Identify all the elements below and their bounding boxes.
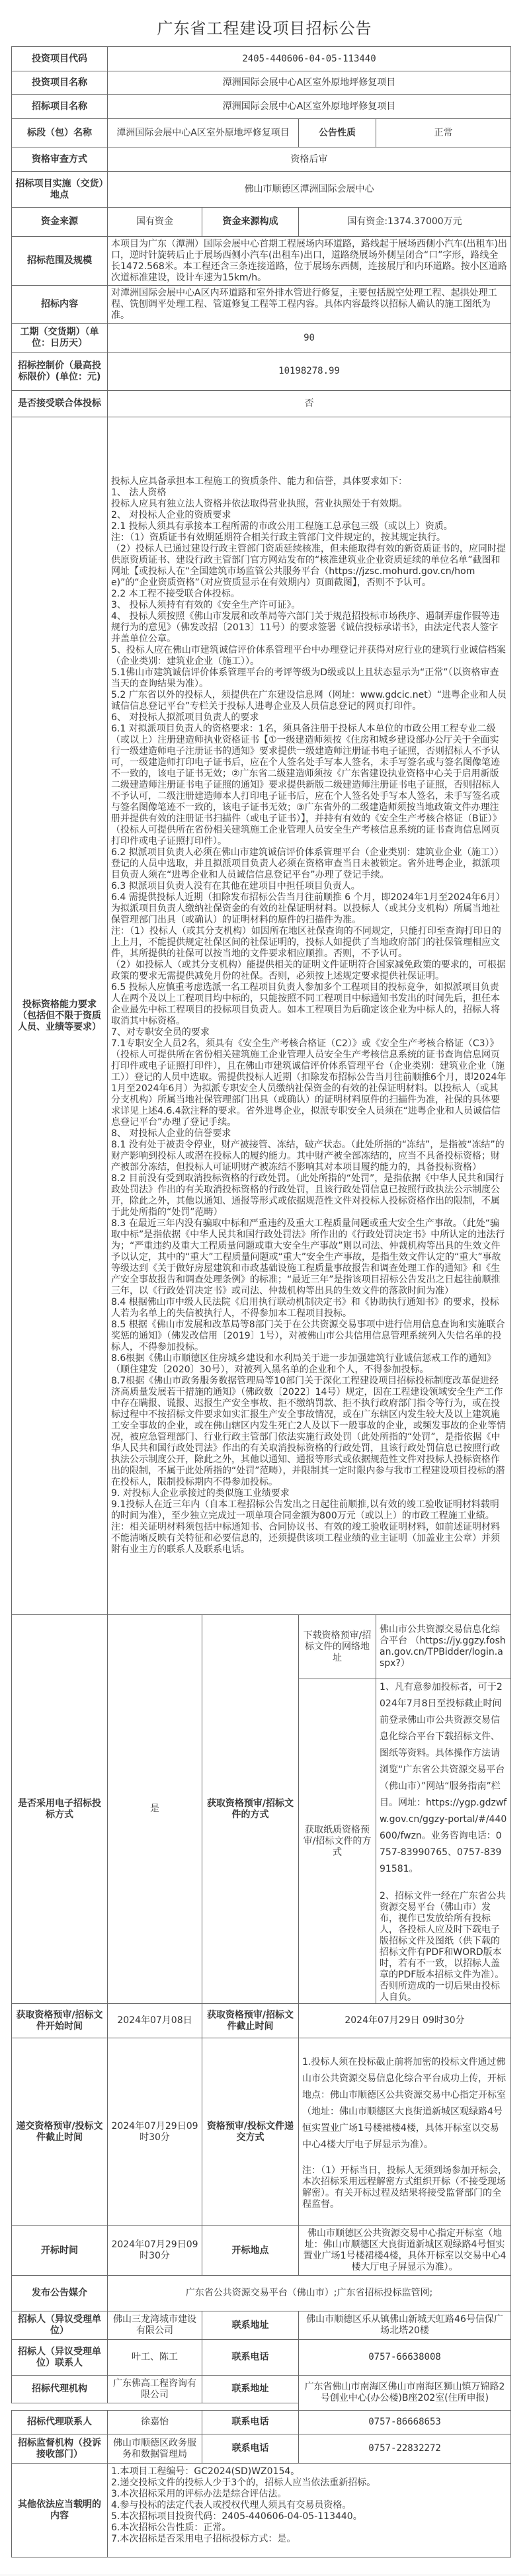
submission-method-p2: 注：（1）开标当日，投标人无须到场参加开标会，本次招标采用远程解密方式组织开标（…	[302, 2165, 507, 2210]
requirements-paragraph: 2、 对投标人企业的资质要求	[111, 510, 507, 521]
row-supervisor: 招标监督机构（投诉接收部门） 佛山市顺德区政务服务和数据管理局 联系电话 075…	[12, 2434, 511, 2464]
requirements-paragraph: 9. 对投标人企业承接过的类似施工业绩要求	[111, 1488, 507, 1499]
requirements-paragraph: 5.1佛山市建筑诚信评价体系管理平台的考评等级为D级或以上且状态显示为“正常”（…	[111, 667, 507, 690]
supervisor-phone-value: 0757-22832272	[299, 2434, 511, 2464]
paper-method-p2: 2、招标文件一经在广东省公共资源交易平台（佛山市）发布，视作已发放给所有投标人，…	[380, 1891, 507, 2003]
row-tenderer-contact: 招标人（异议受理单位）联系人 叶工、陈工 联系电话 0757-66638008	[12, 2340, 511, 2376]
location-label: 招标项目实施（交货）地点	[12, 172, 108, 208]
media-label: 发布公告媒介	[12, 2276, 108, 2311]
row-electronic-download: 是否采用电子招标投标方式 是 获取资格预审/招标文件的方式 下载资格预审/招标文…	[12, 1615, 511, 1679]
requirements-paragraph: 9.1投标人在近三年内（自本工程招标公告发出之日起往前顺推,以有效的竣工验收证明…	[111, 1499, 507, 1522]
requirements-paragraph: （2）如投标人（或其分支机构）能提供相关的证明文件证明符合国家减免政策的要求的，…	[111, 960, 507, 982]
requirements-paragraph: 5.2 广东省以外的投标人，须提供在广东建设信息网（网址：www.gdcic.n…	[111, 690, 507, 712]
scope-value: 本项目为广东（潭洲）国际会展中心首期工程展场内环道路，路线起于展场西侧小汽车(出…	[108, 237, 511, 286]
tenderer-address-value: 佛山市顺德区乐从镇佛山新城天虹路46号信保广场北塔20楼	[299, 2311, 511, 2340]
row-funding: 资金来源 国有资金 资金来源构成 国有资金:1374.37000万元	[12, 208, 511, 237]
opening-time-label: 开标时间	[12, 2226, 108, 2276]
requirements-paragraph: 8.5 根据《佛山市发展和改革局等8部门关于在公共资源交易事项中进行信用信息查询…	[111, 1319, 507, 1353]
agency-phone-label: 联系电话	[202, 2411, 299, 2434]
other-item: 2.递交投标文件的投标人少于3个的，招标人应当依法重新招标。	[111, 2477, 507, 2489]
row-obtain-time: 获取资格预审/招标文件开始时间 2024年07月08日 获取资格预审/招标文件截…	[12, 2004, 511, 2038]
submission-method-p1: 1.投标人须在投标截止前将加密的投标文件通过佛山市公共资源交易信息化综合平台成功…	[302, 2054, 507, 2153]
requirements-paragraph: 4、 投标人须按照《佛山市发展和改革局等六部门关于规范招投标市场秩序、遏制弄虚作…	[111, 611, 507, 645]
submission-deadline-label: 递交资格预审/投标文件截止时间	[12, 2038, 108, 2226]
tenderer-phone-label: 联系电话	[202, 2340, 299, 2376]
requirements-paragraph: 注：相关证明材料须包括中标通知书、合同协议书、有效的竣工验收证明材料，如前述证明…	[111, 1522, 507, 1556]
electronic-value: 是	[108, 1615, 202, 2004]
row-consortium: 是否接受联合体投标 否	[12, 391, 511, 417]
row-project-code: 投资项目代码 2405-440606-04-05-113440	[12, 47, 511, 71]
tender-project-name-value: 潭洲国际会展中心A区室外原地坪修复项目	[108, 95, 511, 119]
section-name-value: 潭洲国际会展中心A区室外原地坪修复项目	[108, 119, 299, 147]
row-location: 招标项目实施（交货）地点 佛山市顺德区潭洲国际会展中心	[12, 172, 511, 208]
consortium-value: 否	[108, 391, 511, 417]
max-price-value: 10198278.99	[108, 353, 511, 391]
row-agency: 招标代理机构 广东佛高工程咨询有限公司 联系地址 广东省佛山市南海区佛山市南海区…	[12, 2376, 511, 2403]
requirements-paragraph: （2）投标人已通过建设行政主管部门资质延续核准，但未能取得有效的新资质证书的，应…	[111, 544, 507, 589]
requirements-paragraph: 6.4 需提供投标人近期（扣除发布招标公告当月往前顺推 6 个月，即2024年1…	[111, 892, 507, 926]
footer-divider	[0, 2575, 529, 2575]
requirements-label: 投标资格能力要求（包括但不限于资质人员、业绩等要求）	[12, 417, 108, 1615]
tenderer-contact-label: 招标人（异议受理单位）联系人	[12, 2340, 108, 2376]
row-section-name: 标段（包）名称 潭洲国际会展中心A区室外原地坪修复项目 公告性质 正常	[12, 119, 511, 147]
requirements-paragraph: 6.3 拟派项目负责人没有在其他在建项目中担任项目负责人。	[111, 881, 507, 892]
duration-label: 工期（交货期）（单位：日历天）	[12, 324, 108, 353]
requirements-paragraph: 8.7根据《佛山市政务服务数据管理局等10部门关于深化工程建设项目招标投标制度改…	[111, 1376, 507, 1488]
other-value: 1.本项目工程编号：GC2024(SD)WZ0154。 2.递交投标文件的投标人…	[108, 2464, 511, 2557]
agency-label: 招标代理机构	[12, 2376, 108, 2403]
requirements-value: 投标人应具备承担本工程施工的资质条件、能力和信誉，具体要求如下： 1、 法人资格…	[108, 417, 511, 1615]
supervisor-label: 招标监督机构（投诉接收部门）	[12, 2434, 108, 2464]
content-label: 招标内容	[12, 286, 108, 324]
funding-composition-label: 资金来源构成	[202, 208, 299, 237]
project-name-label: 投资项目名称	[12, 71, 108, 95]
tenderer-contact-value: 叶工、陈工	[108, 2340, 202, 2376]
agency-phone-value: 0757-86668653	[299, 2411, 511, 2434]
obtain-method-label: 获取资格预审/招标文件的方式	[202, 1615, 299, 2004]
download-address-label: 下载资格预审/招标文件的网络地址	[299, 1615, 376, 1679]
tender-notice-table: 投资项目代码 2405-440606-04-05-113440 投资项目名称 潭…	[11, 46, 511, 2557]
requirements-paragraph: 注：（1）投标人（或其分支机构）如因所在地区社保查询的不同规定，只能打印至查询打…	[111, 926, 507, 960]
obtain-end-value: 2024年07月29日 09时30分	[299, 2004, 511, 2038]
paper-method-p1: 1、凡有意参加投标者，可于2024年7月8日至投标截止时间前登录佛山市公共资源交…	[380, 1679, 507, 1878]
row-agency-contact: 招标代理联系人 徐嘉怡 联系电话 0757-86668653	[12, 2411, 511, 2434]
row-requirements: 投标资格能力要求（包括但不限于资质人员、业绩等要求） 投标人应具备承担本工程施工…	[12, 417, 511, 1615]
supervisor-value: 佛山市顺德区政务服务和数据管理局	[108, 2434, 202, 2464]
requirements-paragraph: 8.2 目前没有受到取消投标资格的行政处罚。（此处所指的“处罚”，是指依据《中华…	[111, 1173, 507, 1218]
other-item: 6.本次招标公告性质：正常。	[111, 2522, 507, 2534]
location-value: 佛山市顺德区潭洲国际会展中心	[108, 172, 511, 208]
other-item: 3.本次招标采用的评标办法是综合评估法。	[111, 2489, 507, 2500]
supervisor-phone-label: 联系电话	[202, 2434, 299, 2464]
tenderer-value: 佛山三龙湾城市建设有限公司	[108, 2311, 202, 2340]
row-tenderer: 招标人（异议受理单位） 佛山三龙湾城市建设有限公司 联系地址 佛山市顺德区乐从镇…	[12, 2311, 511, 2340]
notice-nature-label: 公告性质	[299, 119, 376, 147]
project-code-value: 2405-440606-04-05-113440	[108, 47, 511, 71]
opening-time-value: 2024年07月29日09时30分	[108, 2226, 202, 2276]
requirements-paragraph: 注：（1）资质证书有效期延期符合相关行政主管部门文件规定的，按其规定执行。	[111, 532, 507, 544]
agency-address-value: 广东省佛山市南海区佛山市南海区狮山镇万锦路2号创业中心(办公楼)B座202室(住…	[299, 2376, 511, 2411]
opening-place-value: 佛山市顺德区公共资源交易中心指定开标室（地址：佛山市顺德区大良街道新城区观绿路4…	[299, 2226, 511, 2276]
requirements-paragraph: 投标人应具备承担本工程施工的资质条件、能力和信誉，具体要求如下：	[111, 476, 507, 487]
other-label: 其他依法应当载明的内容	[12, 2464, 108, 2557]
requirements-paragraph: 7.1专职安全人员2名，须具有《安全生产考核合格证（C2）》或《安全生产考核合格…	[111, 1038, 507, 1128]
requirements-paragraph: 2.2 本工程不接受联合体投标。	[111, 589, 507, 600]
row-other: 其他依法应当载明的内容 1.本项目工程编号：GC2024(SD)WZ0154。 …	[12, 2464, 511, 2557]
download-address-value[interactable]: 佛山市公共资源交易信息化综合平台 （https://jy.ggzy.foshan…	[376, 1615, 511, 1679]
row-opening: 开标时间 2024年07月29日09时30分 开标地点 佛山市顺德区公共资源交易…	[12, 2226, 511, 2276]
project-code-label: 投资项目代码	[12, 47, 108, 71]
other-item: 1.本项目工程编号：GC2024(SD)WZ0154。	[111, 2466, 507, 2477]
requirements-paragraph: 1、 法人资格	[111, 487, 507, 499]
requirements-paragraph: 6.5 投标人应慎重考虑选派一名工程项目负责人参加多个工程项目的投标竞争，如拟派…	[111, 982, 507, 1027]
qualification-review-label: 资格审查方式	[12, 147, 108, 172]
submission-deadline-value: 2024年07月29日09时30分	[108, 2038, 202, 2226]
row-duration: 工期（交货期）（单位：日历天） 90	[12, 324, 511, 353]
tenderer-phone-value: 0757-66638008	[299, 2340, 511, 2376]
other-item: 7.本次招标是否采用电子招标投标方式：是。	[111, 2534, 507, 2545]
funding-composition-value: 国有资金:1374.37000万元	[299, 208, 511, 237]
electronic-label: 是否采用电子招标投标方式	[12, 1615, 108, 2004]
submission-method-value: 1.投标人须在投标截止前将加密的投标文件通过佛山市公共资源交易信息化综合平台成功…	[299, 2038, 511, 2226]
requirements-paragraph: 2.1 投标人须具有承接本工程所需的市政公用工程施工总承包三级（或以上）资质。	[111, 521, 507, 532]
agency-value: 广东佛高工程咨询有限公司	[108, 2376, 202, 2403]
paper-method-label: 获取纸质资格预审/招标文件的方式	[299, 1679, 376, 2004]
page-title: 广东省工程建设项目招标公告	[0, 19, 529, 38]
row-content: 招标内容 对潭洲国际会展中心A区内环道路和室外排水管进行修复，主要包括脱空处理工…	[12, 286, 511, 324]
max-price-label: 招标控制价（最高投标限价）(单位：元)	[12, 353, 108, 391]
requirements-paragraph: 5、投标人应在佛山市建筑诚信评价体系管理平台中办理登记并获得对应行业的建筑行业诚…	[111, 645, 507, 667]
requirements-paragraph: 8.6根据《佛山市顺德区住房城乡建设和水利局关于进一步加强建筑行业诚信惩戒工作的…	[111, 1353, 507, 1376]
qualification-review-value: 资格后审	[108, 147, 511, 172]
obtain-start-value: 2024年07月08日	[108, 2004, 202, 2038]
requirements-paragraph: 6、 对投标人拟派项目负责人的要求	[111, 712, 507, 724]
requirements-paragraph: 投标人应具有独立法人资格并依法取得营业执照，营业执照处于有效期。	[111, 499, 507, 510]
tenderer-address-label: 联系地址	[202, 2311, 299, 2340]
project-name-value: 潭洲国际会展中心A区室外原地坪修复项目	[108, 71, 511, 95]
consortium-label: 是否接受联合体投标	[12, 391, 108, 417]
duration-value: 90	[108, 324, 511, 353]
row-scope: 招标范围及规模 本项目为广东（潭洲）国际会展中心首期工程展场内环道路，路线起于展…	[12, 237, 511, 286]
requirements-paragraph: 8.1 没有处于被责令停业，财产被接管、冻结，破产状态。（此处所指的“冻结”，是…	[111, 1140, 507, 1173]
requirements-paragraph: 8、 对投标人企业的信誉要求	[111, 1128, 507, 1140]
row-submission: 递交资格预审/投标文件截止时间 2024年07月29日09时30分 资格预审/投…	[12, 2038, 511, 2226]
opening-place-label: 开标地点	[202, 2226, 299, 2276]
content-value: 对潭洲国际会展中心A区内环道路和室外排水管进行修复，主要包括脱空处理工程、起拱处…	[108, 286, 511, 324]
media-value: 广东省公共资源交易平台（佛山市）;广东省招标投标监管网;	[108, 2276, 511, 2311]
section-name-label: 标段（包）名称	[12, 119, 108, 147]
row-tender-project-name: 招标项目名称 潭洲国际会展中心A区室外原地坪修复项目	[12, 95, 511, 119]
row-project-name: 投资项目名称 潭洲国际会展中心A区室外原地坪修复项目	[12, 71, 511, 95]
agency-contact-label: 招标代理联系人	[12, 2411, 108, 2434]
requirements-paragraph: 3、 投标人须持有有效的《安全生产许可证》。	[111, 600, 507, 611]
funding-label: 资金来源	[12, 208, 108, 237]
paper-method-value: 1、凡有意参加投标者，可于2024年7月8日至投标截止时间前登录佛山市公共资源交…	[376, 1679, 511, 2004]
tender-project-name-label: 招标项目名称	[12, 95, 108, 119]
submission-method-label: 资格预审/投标文件递交方式	[202, 2038, 299, 2226]
row-qualification-review: 资格审查方式 资格后审	[12, 147, 511, 172]
requirements-paragraph: 8.4 根据佛山市中级人民法院《启用执行联动机制决定书》和《协助执行通知书》的要…	[111, 1297, 507, 1319]
obtain-end-label: 获取资格预审/招标文件截止时间	[202, 2004, 299, 2038]
other-item: 4.参与投标的法定代表人或授权代理人须具有交易员资格。	[111, 2500, 507, 2511]
paper-method-spacer	[380, 1878, 507, 1891]
row-media: 发布公告媒介 广东省公共资源交易平台（佛山市）;广东省招标投标监管网;	[12, 2276, 511, 2311]
requirements-paragraph: 7、对专职安全员的要求	[111, 1027, 507, 1038]
agency-gap-cell	[12, 2403, 299, 2411]
submission-method-spacer	[302, 2153, 507, 2165]
scope-label: 招标范围及规模	[12, 237, 108, 286]
obtain-start-label: 获取资格预审/招标文件开始时间	[12, 2004, 108, 2038]
requirements-paragraph: 6.1 对拟派项目负责人的资格要求：1名，须具备注册于投标人本单位的市政公用工程…	[111, 724, 507, 847]
notice-nature-value: 正常	[376, 119, 511, 147]
other-item: 5.本次招标项目投资代码：2405-440606-04-05-113440。	[111, 2511, 507, 2522]
agency-address-label: 联系地址	[202, 2376, 299, 2403]
requirements-paragraph: 6.2 拟派项目负责人必须在佛山市建筑诚信评价体系管理平台（企业类别：建筑业企业…	[111, 847, 507, 881]
funding-value: 国有资金	[108, 208, 202, 237]
row-max-price: 招标控制价（最高投标限价）(单位：元) 10198278.99	[12, 353, 511, 391]
tenderer-label: 招标人（异议受理单位）	[12, 2311, 108, 2340]
requirements-paragraph: 8.3 在最近三年内没有骗取中标和严重违约及重大工程质量问题或重大安全生产事故。…	[111, 1218, 507, 1297]
agency-contact-value: 徐嘉怡	[108, 2411, 202, 2434]
